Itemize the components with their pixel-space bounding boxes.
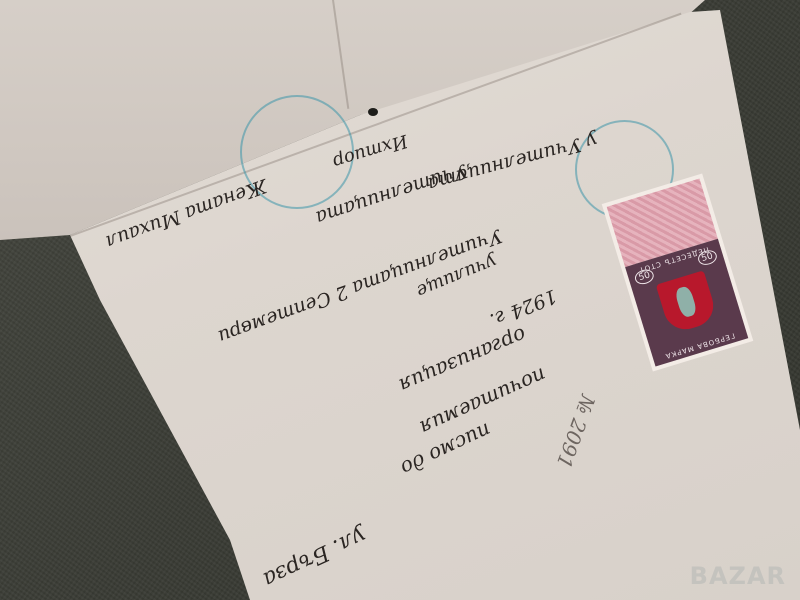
coat-of-arms-icon — [655, 271, 718, 335]
bazar-watermark: BAZAR — [690, 562, 786, 590]
paper-hole — [368, 108, 378, 116]
